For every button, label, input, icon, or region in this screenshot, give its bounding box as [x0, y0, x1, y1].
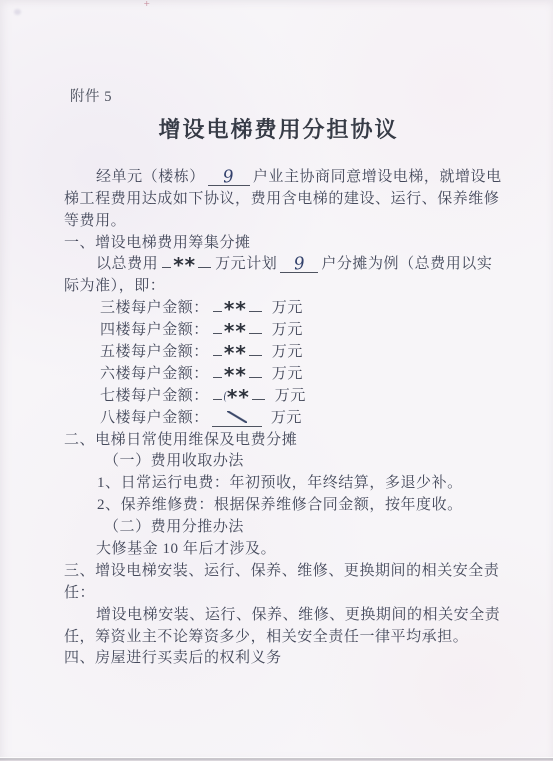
blank-underline: [213, 298, 222, 312]
floor-unit: 万元: [266, 344, 303, 360]
floor-amount-blank: [212, 408, 262, 427]
section2-item1: 1、日常运行电费：年初预收，年终结算，多退少补。: [64, 473, 493, 495]
floor-label: 八楼每户金额：: [100, 410, 209, 426]
scan-bottom-edge: [0, 756, 553, 761]
blank-underline: [213, 386, 222, 400]
blank-underline: [249, 298, 262, 312]
section3-body-line2: 任，筹资业主不论筹资多少，相关安全责任一律平均承担。: [64, 627, 493, 649]
floor-label: 五楼每户金额：: [100, 344, 209, 360]
section2-sub2: （二）费用分推办法: [64, 517, 493, 539]
example-pre: 以总费用: [96, 256, 158, 272]
blank-underline: [213, 364, 222, 378]
section2-item2: 2、保养维修费：根据保养维修合同金额，按年度收。: [64, 495, 493, 517]
floor-label: 六楼每户金额：: [100, 366, 209, 382]
blank-underline: [162, 254, 171, 268]
floor-amount-stars: **: [227, 385, 250, 409]
intro-line-1-post: 户业主协商同意增设电梯，就增设电: [253, 169, 502, 185]
intro-line-2: 梯工程费用达成如下协议，费用含电梯的建设、运行、保养维修: [64, 189, 493, 211]
section2-heading: 二、电梯日常使用维保及电费分摊: [64, 430, 493, 452]
floor-row: 五楼每户金额：**万元: [64, 342, 493, 364]
attachment-label: 附件 5: [64, 87, 493, 109]
floor-row: 六楼每户金额：**万元: [64, 364, 493, 386]
intro-line-1-pre: 经单元（楼栋）: [96, 169, 205, 185]
floor-unit: 万元: [265, 410, 302, 426]
floor-row: 八楼每户金额：万元: [64, 408, 493, 430]
floor-unit: 万元: [266, 322, 303, 338]
blank-underline: [249, 342, 262, 356]
section3-heading-line1: 三、增设电梯安装、运行、保养、维修、更换期间的相关安全责: [64, 561, 493, 583]
blank-underline: [213, 320, 222, 334]
floor-row: 七楼每户金额：**万元: [64, 386, 493, 408]
floor-unit: 万元: [266, 366, 303, 382]
section4-heading: 四、房屋进行买卖后的权利义务: [64, 648, 493, 670]
blank-underline: [252, 386, 265, 400]
household-count-blank: 9: [280, 254, 318, 273]
blank-underline: [249, 364, 262, 378]
floor-label: 四楼每户金额：: [100, 322, 209, 338]
handwritten-nine: 9: [222, 168, 235, 186]
document-title: 增设电梯费用分担协议: [64, 116, 493, 143]
floor-row: 四楼每户金额：**万元: [64, 320, 493, 342]
floor-label: 七楼每户金额：: [100, 388, 209, 404]
floor-amount-stars: **: [224, 341, 247, 365]
section3-body-line1: 增设电梯安装、运行、保养、维修、更换期间的相关安全责: [64, 605, 493, 627]
unit-count-blank: 9: [208, 167, 250, 186]
intro-line-3: 等费用。: [64, 211, 493, 233]
floor-amount-stars: **: [224, 297, 247, 321]
total-cost-stars: **: [173, 253, 196, 277]
intro-line-1: 经单元（楼栋）9户业主协商同意增设电梯，就增设电: [64, 167, 493, 189]
scanned-document-page: + 附件 5 增设电梯费用分担协议 经单元（楼栋）9户业主协商同意增设电梯，就增…: [0, 0, 553, 761]
scan-plus-mark-icon: +: [143, 0, 150, 9]
section1-example-wrap: 际为准），即：: [64, 276, 493, 298]
floor-amount-stars: **: [224, 319, 247, 343]
floor-label: 三楼每户金额：: [100, 300, 209, 316]
blank-underline: [249, 320, 262, 334]
blank-underline: [198, 254, 211, 268]
section1-example-line: 以总费用**万元计划9户分摊为例（总费用以实: [64, 254, 493, 276]
floor-unit: 万元: [269, 388, 306, 404]
example-mid: 万元计划: [215, 256, 277, 272]
floor-amount-stars: **: [224, 363, 247, 387]
example-post: 户分摊为例（总费用以实: [321, 256, 492, 272]
scan-smudge-artifact: [14, 9, 21, 15]
floor-unit: 万元: [266, 300, 303, 316]
section2-sub1: （一）费用收取办法: [64, 451, 493, 473]
section1-heading: 一、增设电梯费用筹集分摊: [64, 233, 493, 255]
floor-row: 三楼每户金额：**万元: [64, 298, 493, 320]
section2-note: 大修基金 10 年后才涉及。: [64, 539, 493, 561]
document-body: 附件 5 增设电梯费用分担协议 经单元（楼栋）9户业主协商同意增设电梯，就增设电…: [64, 87, 493, 670]
section3-heading-line2: 任：: [64, 583, 493, 605]
handwritten-slash: [227, 411, 247, 423]
blank-underline: [213, 342, 222, 356]
handwritten-nine: 9: [293, 256, 306, 274]
